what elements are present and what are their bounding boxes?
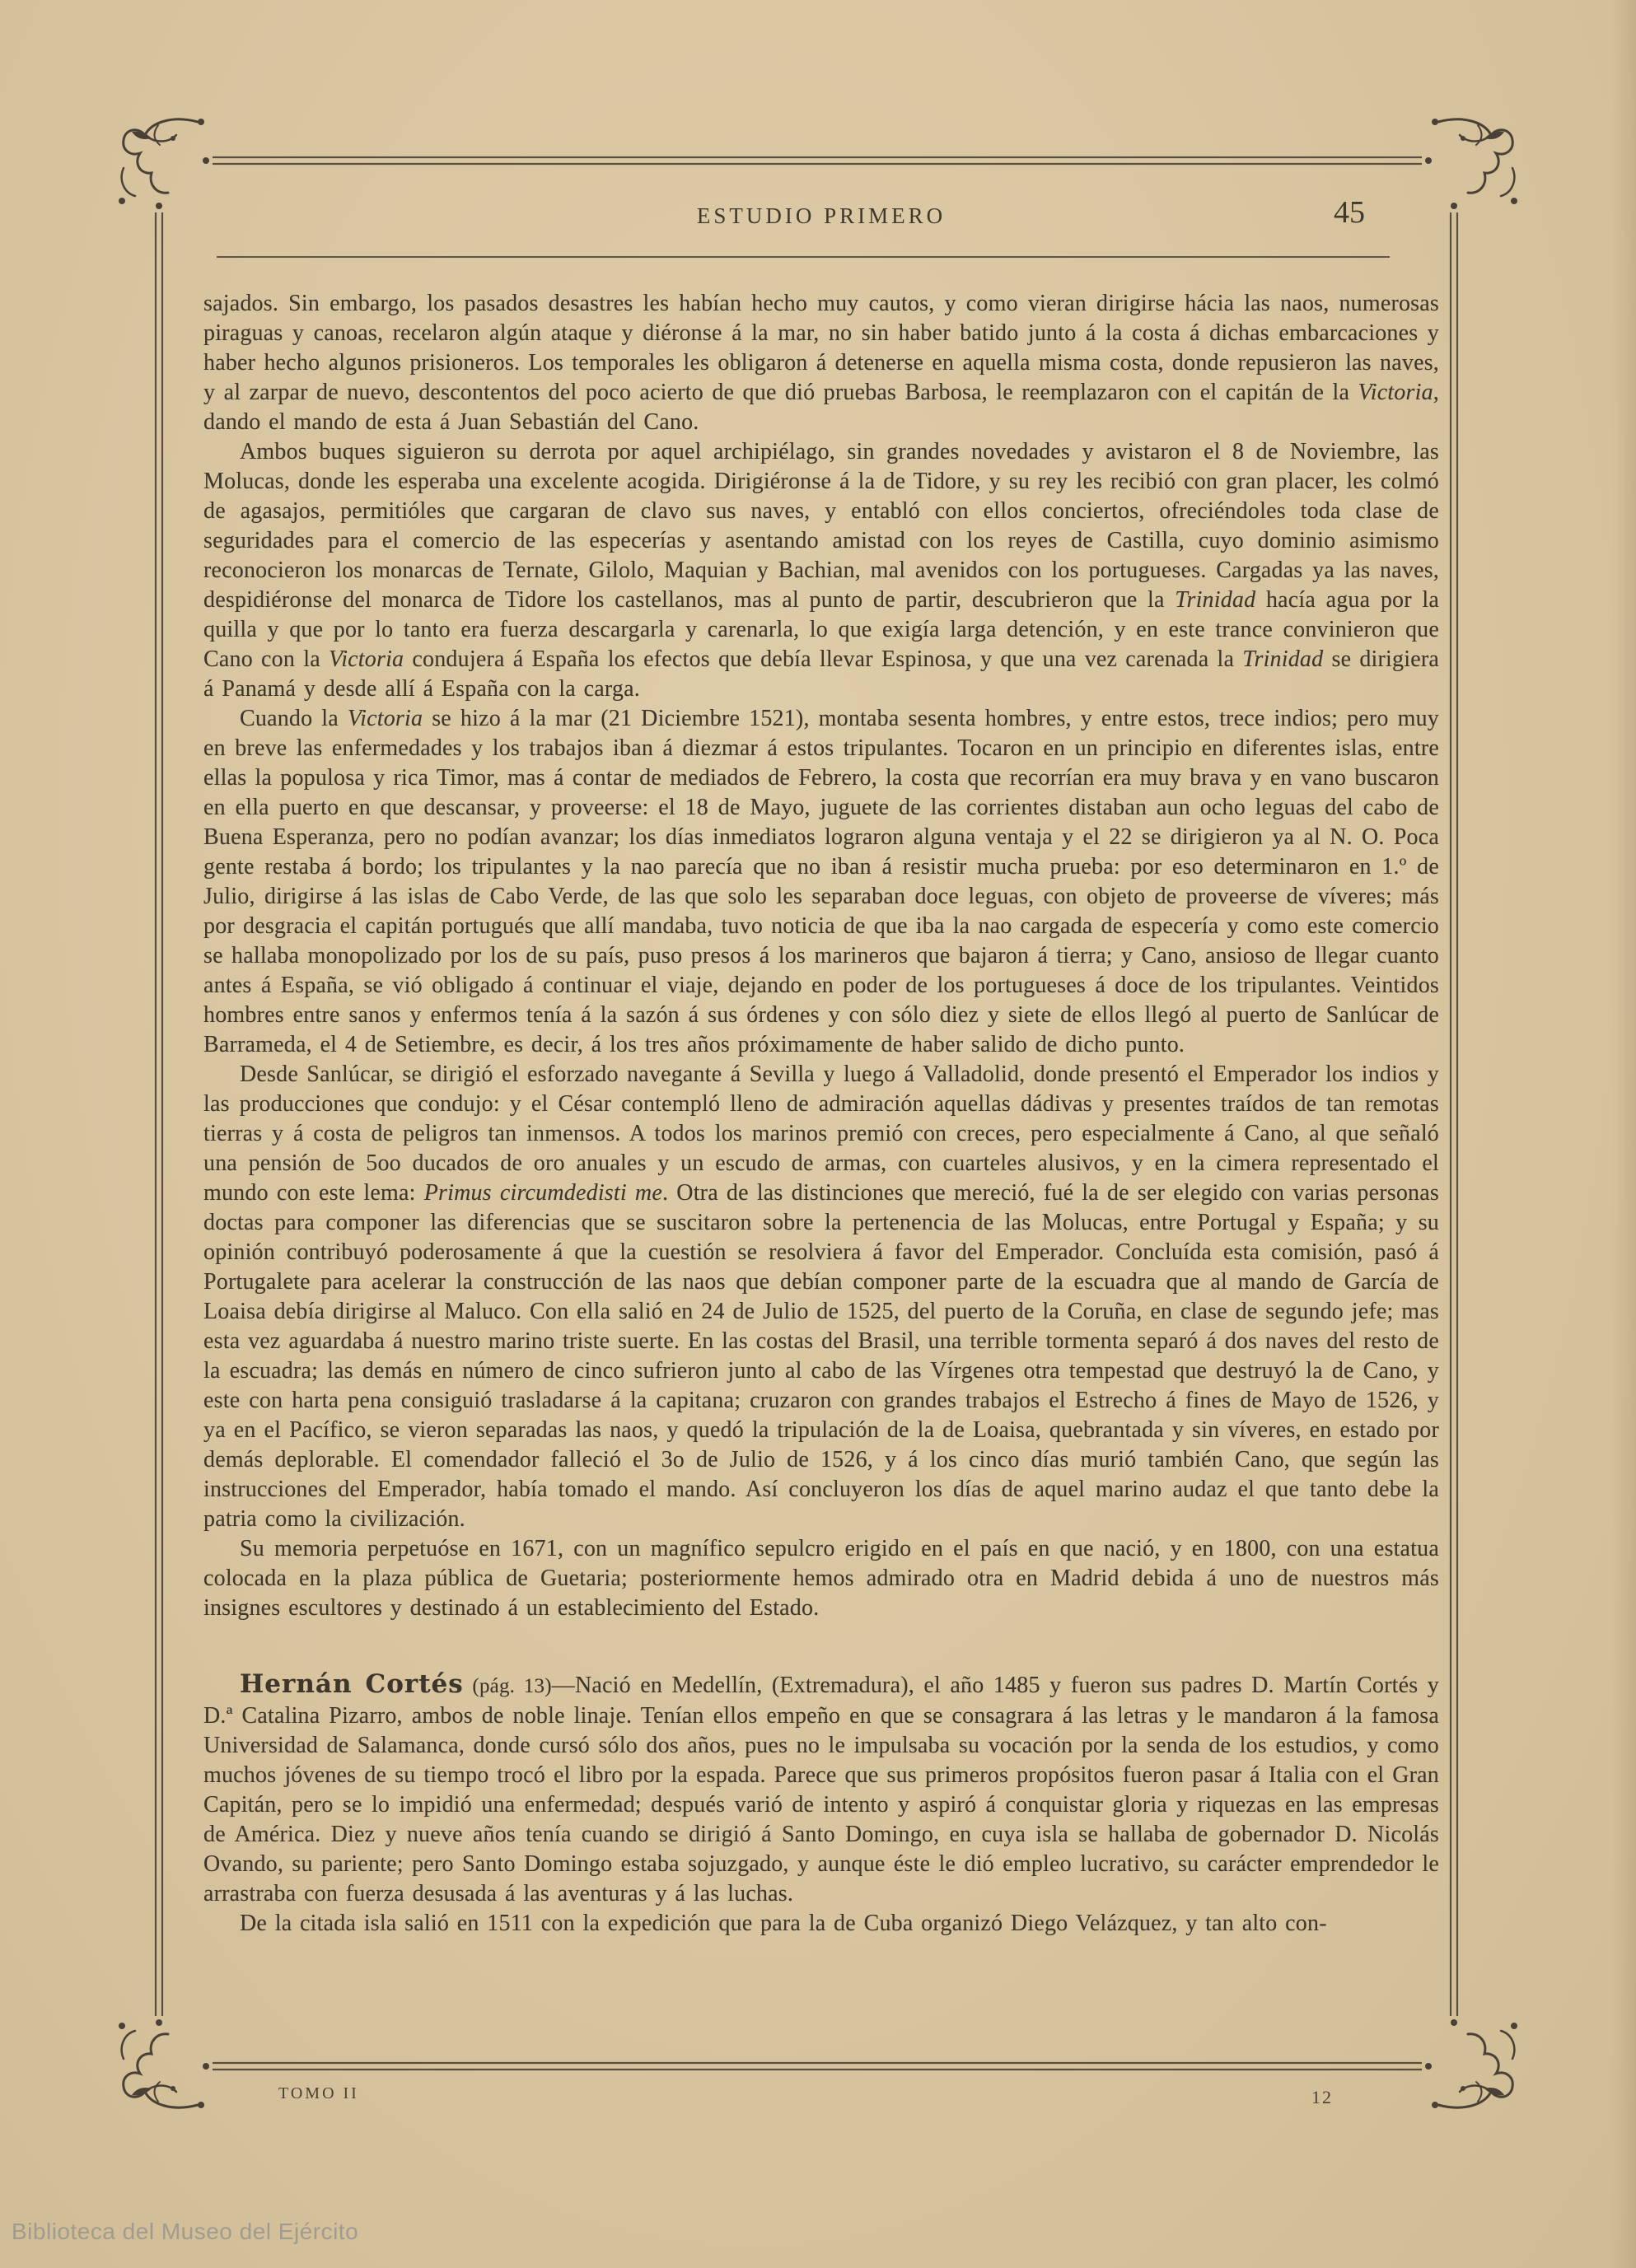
entry-hernan-cortes: Hernán Cortés (pág. 13)—Nació en Medellí… bbox=[203, 1669, 1439, 1909]
footer-volume-label: TOMO II bbox=[278, 2084, 359, 2103]
paragraph-victoria-command: sajados. Sin embargo, los pasados desast… bbox=[203, 289, 1439, 437]
body-text-column: sajados. Sin embargo, los pasados desast… bbox=[203, 289, 1439, 1939]
library-watermark: Biblioteca del Museo del Ejército bbox=[12, 2219, 358, 2245]
page-number: 45 bbox=[1316, 194, 1382, 231]
paragraph-cuba-expedition: De la citada isla salió en 1511 con la e… bbox=[203, 1909, 1439, 1939]
text-segment-italic: Trinidad bbox=[1242, 646, 1323, 672]
header-rule bbox=[217, 256, 1390, 258]
paragraph-victoria-voyage: Cuando la Victoria se hizo á la mar (21 … bbox=[203, 704, 1439, 1060]
text-segment-note: (pág. 13) bbox=[464, 1675, 552, 1697]
text-segment-italic: Primus circumdedisti me bbox=[424, 1180, 662, 1206]
paragraph-cano-memory: Su memoria perpetuóse en 1671, con un ma… bbox=[203, 1534, 1439, 1623]
text-segment-italic: Victoria bbox=[348, 706, 423, 731]
text-segment-bold: Hernán Cortés bbox=[240, 1669, 464, 1699]
text-segment-italic: Trinidad bbox=[1175, 587, 1255, 613]
footer-signature-number: 12 bbox=[1311, 2087, 1333, 2108]
paragraph-cano-rewards: Desde Sanlúcar, se dirigió el esforzado … bbox=[203, 1060, 1439, 1534]
running-head-title: ESTUDIO PRIMERO bbox=[203, 203, 1439, 229]
text-segment-italic: Victoria bbox=[1358, 380, 1433, 405]
book-page-scan: ESTUDIO PRIMERO 45 sajados. Sin embargo,… bbox=[0, 0, 1636, 2268]
paragraph-moluccas: Ambos buques siguieron su derrota por aq… bbox=[203, 437, 1439, 704]
text-segment-italic: Victoria bbox=[329, 646, 404, 672]
